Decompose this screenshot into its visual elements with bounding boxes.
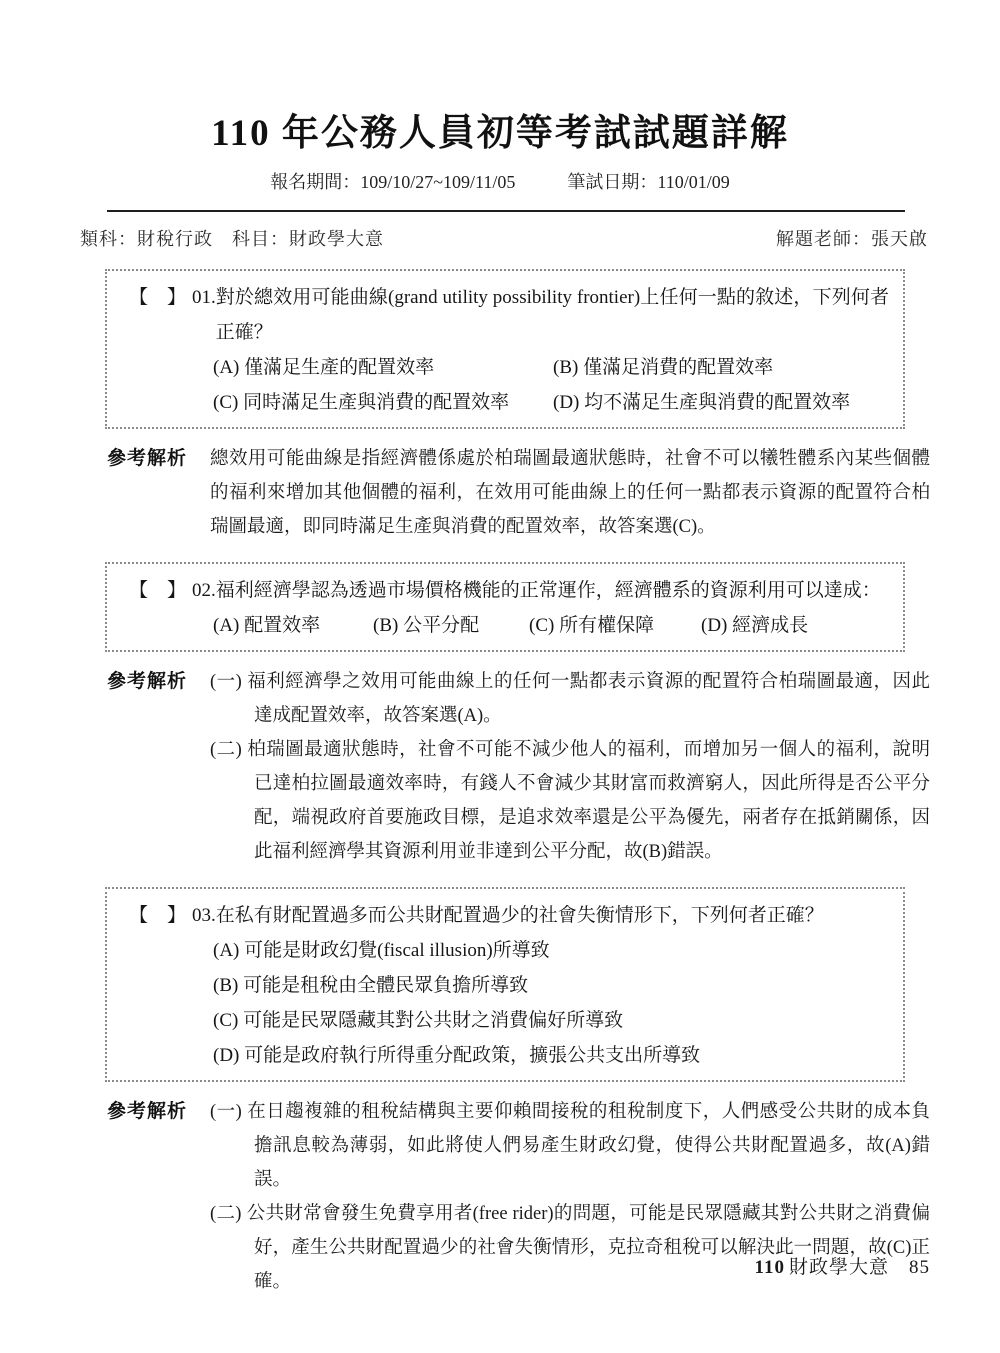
- question-3-marker: 【 】03.: [129, 898, 216, 933]
- question-3-stem: 在私有財配置過多而公共財配置過少的社會失衡情形下，下列何者正確？: [216, 898, 889, 933]
- question-3-options: (A) 可能是財政幻覺(fiscal illusion)所導致 (B) 可能是租…: [213, 933, 889, 1073]
- analysis-item-1: (一)福利經濟學之效用可能曲線上的任何一點都表示資源的配置符合柏瑞圖最適，因此達…: [210, 665, 930, 733]
- question-number: 02.: [192, 580, 216, 601]
- question-number: 03.: [192, 905, 216, 926]
- option-a: (A) 可能是財政幻覺(fiscal illusion)所導致: [213, 933, 889, 968]
- answer-bracket: 【 】: [129, 580, 186, 601]
- question-2-options: (A) 配置效率 (B) 公平分配 (C) 所有權保障 (D) 經濟成長: [213, 608, 889, 643]
- question-3-line: 【 】03. 在私有財配置過多而公共財配置過少的社會失衡情形下，下列何者正確？: [129, 898, 889, 933]
- option-b: (B) 僅滿足消費的配置效率: [553, 350, 889, 385]
- analysis-body-1: 總效用可能曲線是指經濟體係處於柏瑞圖最適狀態時，社會不可以犧牲體系內某些個體的福…: [210, 442, 930, 544]
- question-1-stem: 對於總效用可能曲線(grand utility possibility fron…: [216, 280, 889, 350]
- question-2-stem: 福利經濟學認為透過市場價格機能的正常運作，經濟體系的資源利用可以達成：: [216, 573, 889, 608]
- option-c: (C) 同時滿足生產與消費的配置效率: [213, 385, 553, 420]
- registration-period: 報名期間：109/10/27~109/11/05: [270, 168, 515, 194]
- analysis-label: 參考解析: [107, 442, 210, 544]
- footer-page-number: 85: [909, 1257, 930, 1278]
- footer-subject: 財政學大意: [789, 1257, 889, 1278]
- option-d: (D) 經濟成長: [701, 608, 808, 643]
- page-footer: 110財政學大意85: [755, 1252, 930, 1279]
- analysis-section-2: 參考解析 (一)福利經濟學之效用可能曲線上的任何一點都表示資源的配置符合柏瑞圖最…: [107, 665, 930, 869]
- analysis-label: 參考解析: [107, 665, 210, 869]
- analysis-item-2: (二)公共財常會發生免費享用者(free rider)的問題，可能是民眾隱藏其對…: [210, 1197, 930, 1299]
- item-marker: (二): [210, 1204, 241, 1224]
- item-text: 在日趨複雜的租稅結構與主要仰賴間接稅的租稅制度下，人們感受公共財的成本負擔訊息較…: [247, 1102, 930, 1190]
- solver-teacher: 解題老師：張天啟: [776, 225, 928, 251]
- question-box-2: 【 】02. 福利經濟學認為透過市場價格機能的正常運作，經濟體系的資源利用可以達…: [105, 562, 905, 652]
- question-2-line: 【 】02. 福利經濟學認為透過市場價格機能的正常運作，經濟體系的資源利用可以達…: [129, 573, 889, 608]
- question-number: 01.: [192, 287, 216, 308]
- question-1-options: (A) 僅滿足生產的配置效率 (B) 僅滿足消費的配置效率 (C) 同時滿足生產…: [213, 350, 889, 420]
- page-title: 110 年公務人員初等考試試題詳解: [0, 0, 1000, 156]
- written-exam-date: 筆試日期：110/01/09: [567, 168, 729, 194]
- category-subject: 類科：財稅行政 科目：財政學大意: [80, 225, 384, 251]
- item-marker: (二): [210, 740, 242, 760]
- item-text: 柏瑞圖最適狀態時，社會不可能不減少他人的福利，而增加另一個人的福利，說明已達柏拉…: [247, 740, 930, 862]
- option-d: (D) 均不滿足生產與消費的配置效率: [553, 385, 889, 420]
- footer-year: 110: [755, 1257, 785, 1278]
- question-1-line: 【 】01. 對於總效用可能曲線(grand utility possibili…: [129, 280, 889, 350]
- option-d: (D) 可能是政府執行所得重分配政策，擴張公共支出所導致: [213, 1038, 889, 1073]
- item-text: 福利經濟學之效用可能曲線上的任何一點都表示資源的配置符合柏瑞圖最適，因此達成配置…: [247, 672, 930, 726]
- analysis-paragraph: 總效用可能曲線是指經濟體係處於柏瑞圖最適狀態時，社會不可以犧牲體系內某些個體的福…: [210, 442, 930, 544]
- option-a: (A) 僅滿足生產的配置效率: [213, 350, 553, 385]
- analysis-item-2: (二)柏瑞圖最適狀態時，社會不可能不減少他人的福利，而增加另一個人的福利，說明已…: [210, 733, 930, 869]
- analysis-section-1: 參考解析 總效用可能曲線是指經濟體係處於柏瑞圖最適狀態時，社會不可以犧牲體系內某…: [107, 442, 930, 544]
- option-b: (B) 公平分配: [373, 608, 529, 643]
- header-divider: [107, 210, 905, 212]
- question-1-marker: 【 】01.: [129, 280, 216, 350]
- answer-bracket: 【 】: [129, 905, 186, 926]
- item-marker: (一): [210, 1102, 242, 1122]
- answer-bracket: 【 】: [129, 287, 186, 308]
- option-c: (C) 可能是民眾隱藏其對公共財之消費偏好所導致: [213, 1003, 889, 1038]
- item-marker: (一): [210, 672, 242, 692]
- question-2-marker: 【 】02.: [129, 573, 216, 608]
- analysis-item-1: (一)在日趨複雜的租稅結構與主要仰賴間接稅的租稅制度下，人們感受公共財的成本負擔…: [210, 1095, 930, 1197]
- analysis-label: 參考解析: [107, 1095, 210, 1299]
- analysis-body-2: (一)福利經濟學之效用可能曲線上的任何一點都表示資源的配置符合柏瑞圖最適，因此達…: [210, 665, 930, 869]
- option-c: (C) 所有權保障: [529, 608, 701, 643]
- meta-line: 類科：財稅行政 科目：財政學大意 解題老師：張天啟: [80, 225, 928, 251]
- exam-dates-line: 報名期間：109/10/27~109/11/05 筆試日期：110/01/09: [0, 168, 1000, 194]
- question-box-3: 【 】03. 在私有財配置過多而公共財配置過少的社會失衡情形下，下列何者正確？ …: [105, 887, 905, 1082]
- exam-solutions-page: 110 年公務人員初等考試試題詳解 報名期間：109/10/27~109/11/…: [0, 0, 1000, 1353]
- question-box-1: 【 】01. 對於總效用可能曲線(grand utility possibili…: [105, 269, 905, 429]
- option-b: (B) 可能是租稅由全體民眾負擔所導致: [213, 968, 889, 1003]
- option-a: (A) 配置效率: [213, 608, 373, 643]
